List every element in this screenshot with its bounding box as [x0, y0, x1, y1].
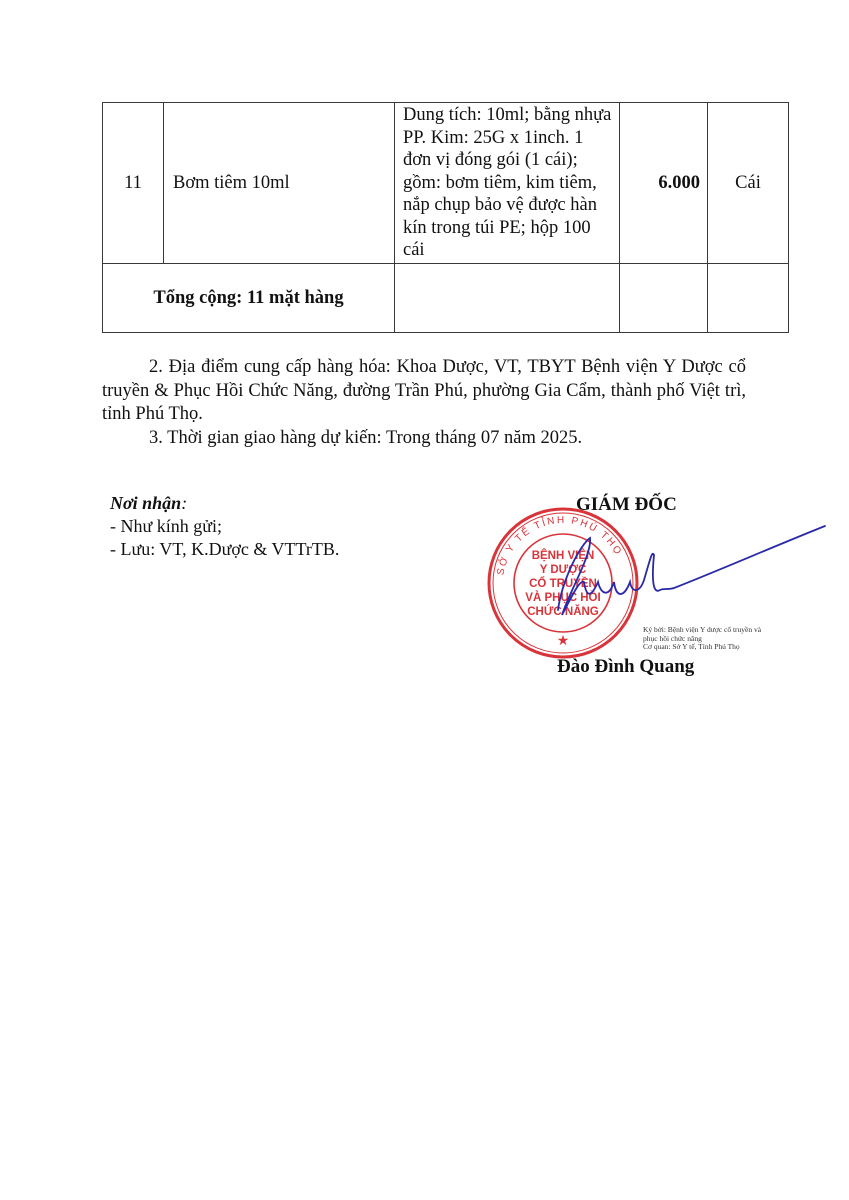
digital-signature-info: Ký bởi: Bệnh viện Y dược cổ truyền và ph… [643, 626, 761, 652]
cell-item-name: Bơm tiêm 10ml [164, 103, 395, 264]
esign-agency: Cơ quan: Sở Y tế, Tỉnh Phú Thọ [643, 643, 761, 652]
handwritten-signature-icon [540, 520, 830, 625]
total-empty-cell [395, 264, 620, 333]
cell-description: Dung tích: 10ml; bằng nhựa PP. Kim: 25G … [395, 103, 620, 264]
signer-name: Đào Đình Quang [557, 656, 694, 678]
recipient-item: - Như kính gửi; [110, 515, 339, 538]
goods-table: 11 Bơm tiêm 10ml Dung tích: 10ml; bằng n… [102, 102, 789, 333]
delivery-time-paragraph: 3. Thời gian giao hàng dự kiến: Trong th… [102, 427, 746, 451]
total-label: Tổng cộng: 11 mặt hàng [103, 264, 395, 333]
total-empty-cell [708, 264, 789, 333]
recipients-title: Nơi nhận [110, 493, 181, 513]
delivery-time-text: 3. Thời gian giao hàng dự kiến: Trong th… [149, 428, 582, 448]
recipients-block: Nơi nhận: - Như kính gửi; - Lưu: VT, K.D… [110, 492, 339, 561]
cell-unit: Cái [708, 103, 789, 264]
recipient-item: - Lưu: VT, K.Dược & VTTrTB. [110, 538, 339, 561]
svg-text:★: ★ [557, 634, 570, 649]
total-empty-cell [620, 264, 708, 333]
delivery-location-text: 2. Địa điểm cung cấp hàng hóa: Khoa Dược… [102, 357, 746, 424]
cell-quantity: 6.000 [620, 103, 708, 264]
table-row: 11 Bơm tiêm 10ml Dung tích: 10ml; bằng n… [103, 103, 789, 264]
recipients-title-colon: : [181, 493, 187, 513]
table-total-row: Tổng cộng: 11 mặt hàng [103, 264, 789, 333]
delivery-location-paragraph: 2. Địa điểm cung cấp hàng hóa: Khoa Dược… [102, 356, 746, 427]
cell-stt: 11 [103, 103, 164, 264]
